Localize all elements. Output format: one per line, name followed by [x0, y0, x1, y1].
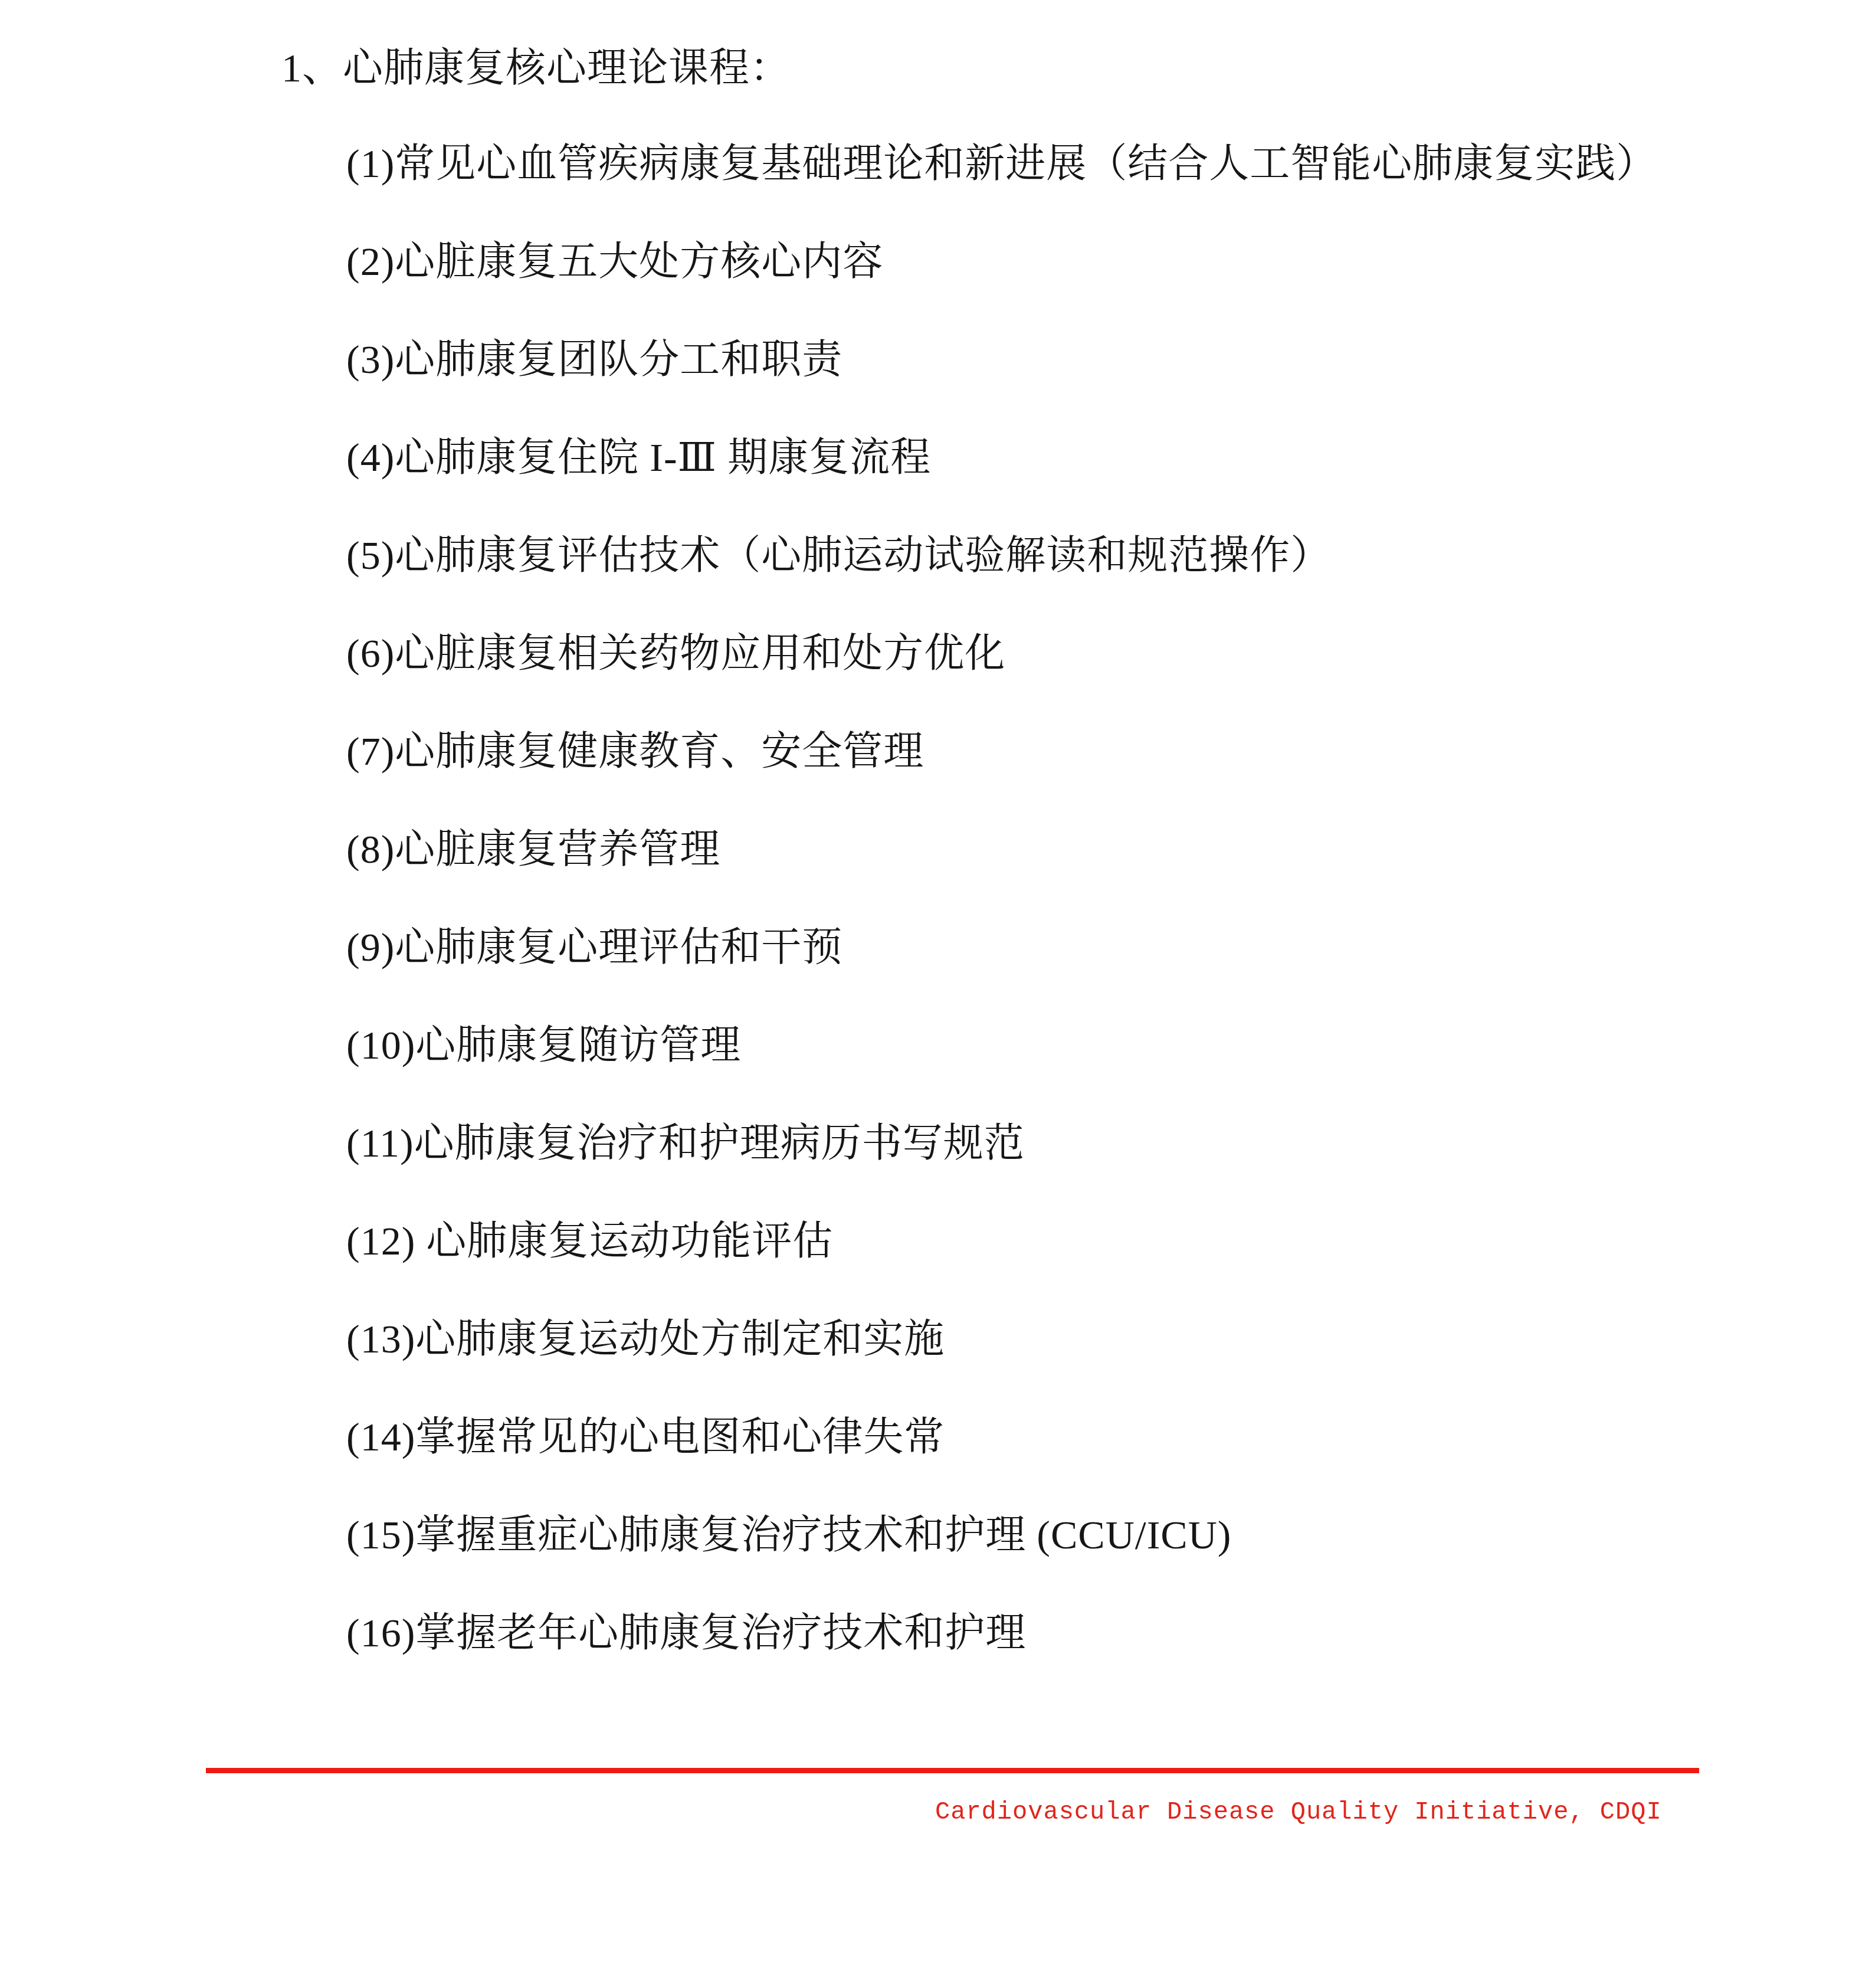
list-item: (14)掌握常见的心电图和心律失常 [346, 1417, 1657, 1457]
section-title: 1、心肺康复核心理论课程： [281, 46, 791, 90]
document-page: 1、心肺康复核心理论课程： (1)常见心血管疾病康复基础理论和新进展（结合人工智… [0, 0, 1872, 1988]
list-item: (7)心肺康复健康教育、安全管理 [346, 731, 1657, 771]
list-item: (12) 心肺康复运动功能评估 [346, 1221, 1657, 1261]
list-item: (8)心脏康复营养管理 [346, 829, 1657, 869]
list-item: (1)常见心血管疾病康复基础理论和新进展（结合人工智能心肺康复实践） [346, 143, 1657, 184]
list-item: (2)心脏康复五大处方核心内容 [346, 241, 1657, 281]
list-item: (15)掌握重症心肺康复治疗技术和护理 (CCU/ICU) [346, 1515, 1657, 1555]
course-list: (1)常见心血管疾病康复基础理论和新进展（结合人工智能心肺康复实践） (2)心脏… [346, 143, 1657, 1711]
list-item: (9)心肺康复心理评估和干预 [346, 927, 1657, 967]
footer-organization-label: Cardiovascular Disease Quality Initiativ… [935, 1797, 1662, 1827]
list-item: (6)心脏康复相关药物应用和处方优化 [346, 633, 1657, 673]
list-item: (13)心肺康复运动处方制定和实施 [346, 1319, 1657, 1359]
list-item: (3)心肺康复团队分工和职责 [346, 339, 1657, 379]
footer-divider-line [206, 1768, 1699, 1773]
list-item: (5)心肺康复评估技术（心肺运动试验解读和规范操作） [346, 535, 1657, 575]
list-item: (16)掌握老年心肺康复治疗技术和护理 [346, 1613, 1657, 1653]
list-item: (11)心肺康复治疗和护理病历书写规范 [346, 1123, 1657, 1163]
list-item: (4)心肺康复住院 I-Ⅲ 期康复流程 [346, 437, 1657, 477]
list-item: (10)心肺康复随访管理 [346, 1025, 1657, 1065]
